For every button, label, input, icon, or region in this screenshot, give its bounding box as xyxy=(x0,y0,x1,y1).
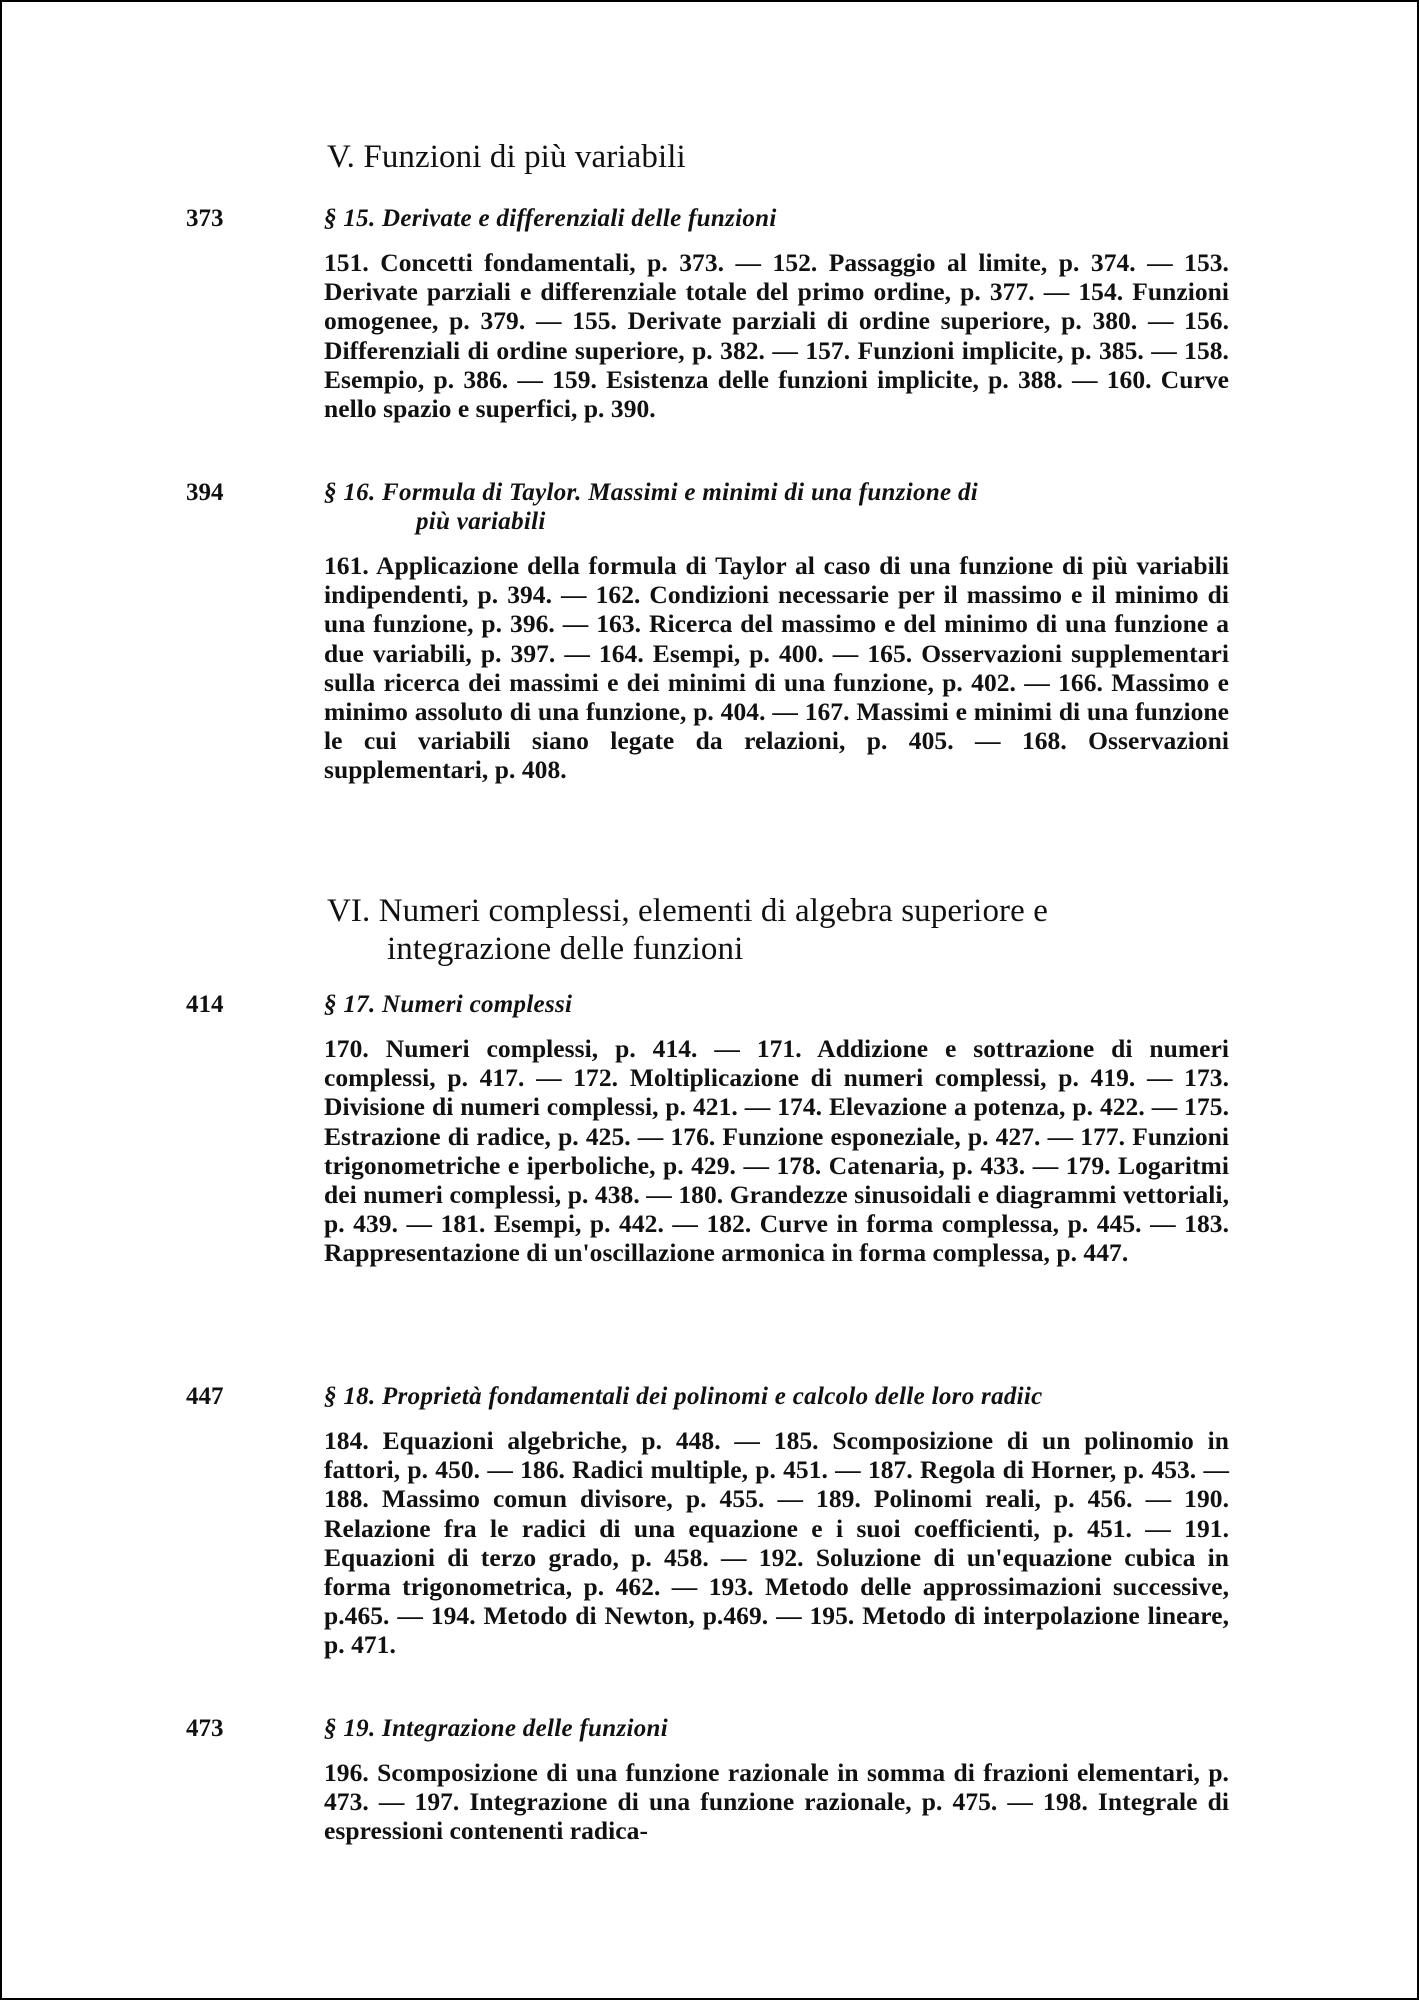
section-page-number: 373 xyxy=(186,204,224,234)
document-page: V. Funzioni di più variabili 373 § 15. D… xyxy=(0,0,1419,2000)
section-heading-text: § 18. Proprietà fondamentali dei polinom… xyxy=(324,1383,1043,1410)
chapter-title-vi: VI. Numeri complessi, elementi di algebr… xyxy=(327,892,1048,968)
section-page-number: 447 xyxy=(186,1382,224,1412)
section-heading-text: § 19. Integrazione delle funzioni xyxy=(324,1715,668,1742)
section-heading: § 17. Numeri complessi xyxy=(324,990,1229,1019)
section-page-number: 414 xyxy=(186,990,224,1020)
chapter-title-v: V. Funzioni di più variabili xyxy=(327,138,686,176)
section-heading-text: § 15. Derivate e differenziali delle fun… xyxy=(324,205,777,232)
section-heading: § 16. Formula di Taylor. Massimi e minim… xyxy=(324,478,1229,536)
chapter-title-text: V. Funzioni di più variabili xyxy=(327,139,686,175)
section-heading: § 18. Proprietà fondamentali dei polinom… xyxy=(324,1382,1229,1411)
section-contents: 184. Equazioni algebriche, p. 448. — 185… xyxy=(324,1426,1229,1660)
section-contents: 196. Scomposizione di una funzione razio… xyxy=(324,1758,1229,1846)
section-contents: 161. Applicazione della formula di Taylo… xyxy=(324,551,1229,785)
chapter-title-continuation: integrazione delle funzioni xyxy=(327,930,1048,968)
section-contents: 170. Numeri complessi, p. 414. — 171. Ad… xyxy=(324,1034,1229,1268)
section-heading-text: § 16. Formula di Taylor. Massimi e minim… xyxy=(324,479,978,506)
chapter-title-text: VI. Numeri complessi, elementi di algebr… xyxy=(327,893,1048,929)
section-heading: § 15. Derivate e differenziali delle fun… xyxy=(324,204,1229,233)
section-heading-text: § 17. Numeri complessi xyxy=(324,991,572,1018)
section-heading-continuation: più variabili xyxy=(324,507,1229,536)
section-page-number: 394 xyxy=(186,478,224,508)
section-contents: 151. Concetti fondamentali, p. 373. — 15… xyxy=(324,248,1229,423)
section-page-number: 473 xyxy=(186,1714,224,1744)
section-heading: § 19. Integrazione delle funzioni xyxy=(324,1714,1229,1743)
